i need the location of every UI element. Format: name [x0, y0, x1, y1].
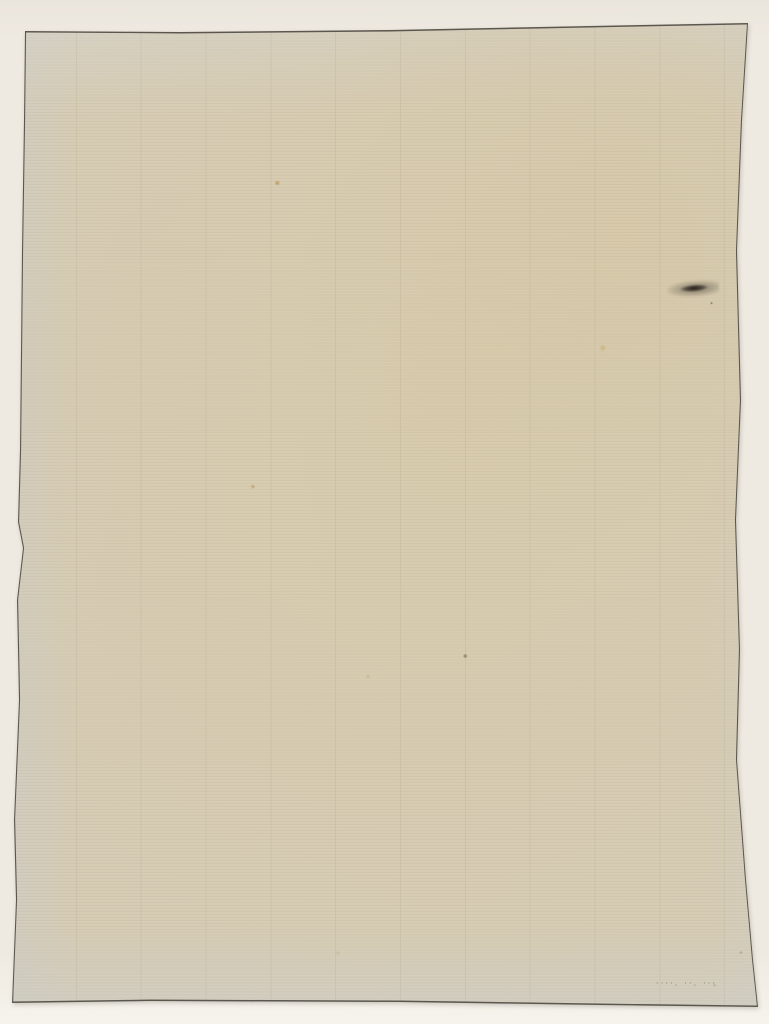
pencil-tick	[739, 951, 743, 955]
foxing-spot	[250, 484, 255, 489]
sheet-surface: ····. ··. ···	[1, 2, 768, 1023]
artwork-photo: ····. ··. ···	[0, 0, 769, 1024]
pencil-inscription: ····. ··. ···	[655, 978, 715, 992]
foxing-spot	[599, 344, 606, 351]
foxing-spot	[462, 653, 467, 658]
foxing-spot	[335, 950, 340, 955]
foxing-spot	[274, 180, 280, 186]
foxing-layer	[1, 2, 768, 1023]
foxing-spot	[366, 675, 370, 679]
paper-sheet: ····. ··. ···	[0, 0, 769, 1024]
soot-speck	[710, 301, 713, 304]
